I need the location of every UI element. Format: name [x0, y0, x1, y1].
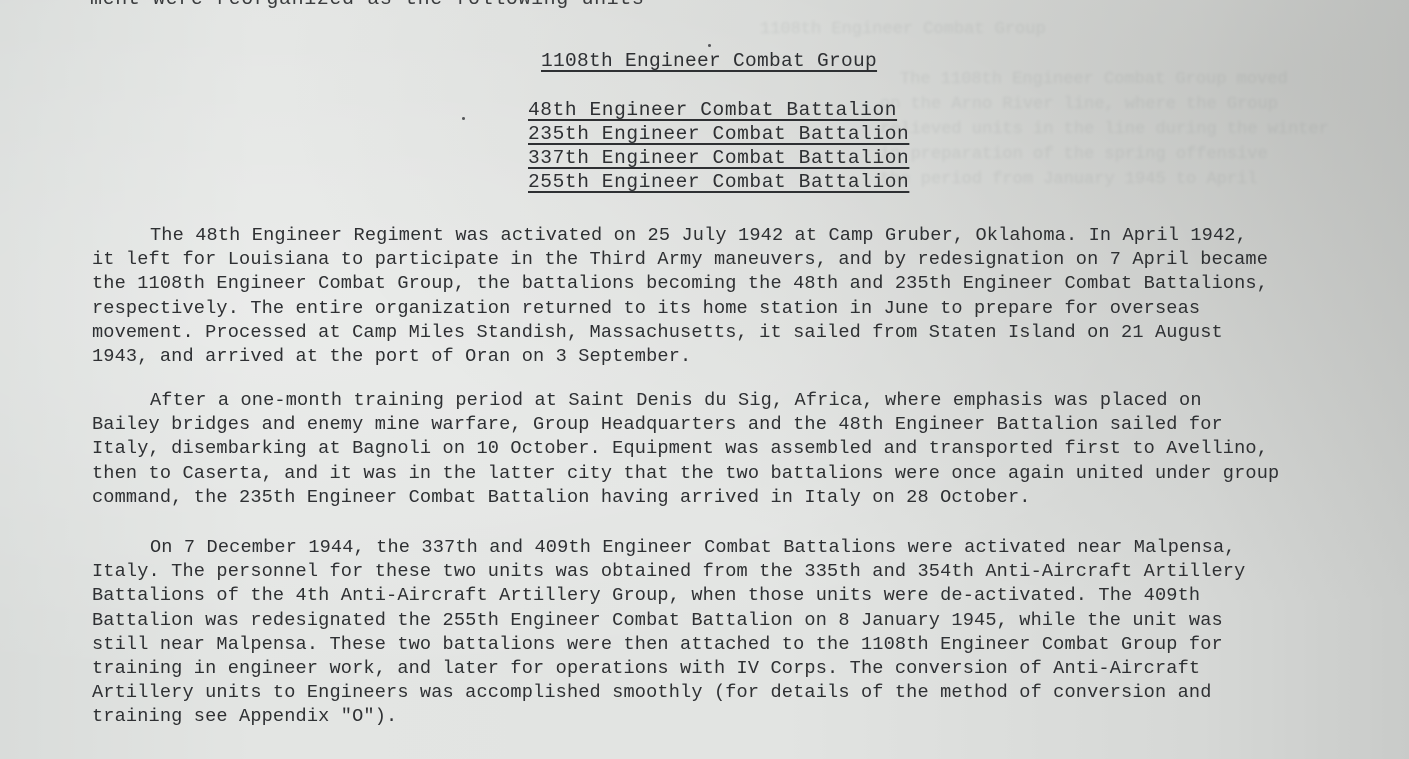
text-line: command, the 235th Engineer Combat Batta… [92, 486, 1382, 510]
text-line: Battalion was redesignated the 255th Eng… [92, 609, 1382, 633]
ink-speck [462, 117, 465, 120]
text-line: After a one-month training period at Sai… [92, 389, 1382, 413]
bleed-through-text: the period from January 1945 to April [880, 170, 1257, 189]
text-line: movement. Processed at Camp Miles Standi… [92, 321, 1382, 345]
bleed-through-text: on the Arno River line, where the Group [880, 95, 1278, 114]
document-page: 1108th Engineer Combat Group The 1108th … [0, 0, 1409, 759]
bleed-through-text: The 1108th Engineer Combat Group moved [900, 70, 1288, 89]
paragraph-activation: The 48th Engineer Regiment was activated… [92, 224, 1382, 369]
ink-speck [708, 44, 711, 47]
bleed-through-text: in preparation of the spring offensive [880, 145, 1268, 164]
paragraph-conversion: On 7 December 1944, the 337th and 409th … [92, 536, 1382, 730]
text-line: Italy, disembarking at Bagnoli on 10 Oct… [92, 437, 1382, 461]
text-line: The 48th Engineer Regiment was activated… [92, 224, 1382, 248]
text-line: 1943, and arrived at the port of Oran on… [92, 345, 1382, 369]
text-line: Battalions of the 4th Anti-Aircraft Arti… [92, 584, 1382, 608]
text-line: Italy. The personnel for these two units… [92, 560, 1382, 584]
bleed-through-text: relieved units in the line during the wi… [880, 120, 1329, 139]
text-line: On 7 December 1944, the 337th and 409th … [92, 536, 1382, 560]
battalion-item: 337th Engineer Combat Battalion [528, 146, 909, 170]
bleed-through-text: 1108th Engineer Combat Group [760, 20, 1046, 39]
text-line: Bailey bridges and enemy mine warfare, G… [92, 413, 1382, 437]
group-title: 1108th Engineer Combat Group [541, 50, 877, 72]
battalion-list: 48th Engineer Combat Battalion 235th Eng… [528, 98, 909, 194]
cutoff-top-line: ment were reorganized as the following u… [90, 0, 645, 11]
paragraph-africa-italy: After a one-month training period at Sai… [92, 389, 1382, 510]
text-line: still near Malpensa. These two battalion… [92, 633, 1382, 657]
battalion-item: 255th Engineer Combat Battalion [528, 170, 909, 194]
text-line: it left for Louisiana to participate in … [92, 248, 1382, 272]
text-line: the 1108th Engineer Combat Group, the ba… [92, 272, 1382, 296]
text-line: then to Caserta, and it was in the latte… [92, 462, 1382, 486]
battalion-item: 235th Engineer Combat Battalion [528, 122, 909, 146]
text-line: respectively. The entire organization re… [92, 297, 1382, 321]
battalion-item: 48th Engineer Combat Battalion [528, 98, 909, 122]
text-line: Artillery units to Engineers was accompl… [92, 681, 1382, 705]
text-line: training in engineer work, and later for… [92, 657, 1382, 681]
text-line: training see Appendix "O"). [92, 705, 1382, 729]
